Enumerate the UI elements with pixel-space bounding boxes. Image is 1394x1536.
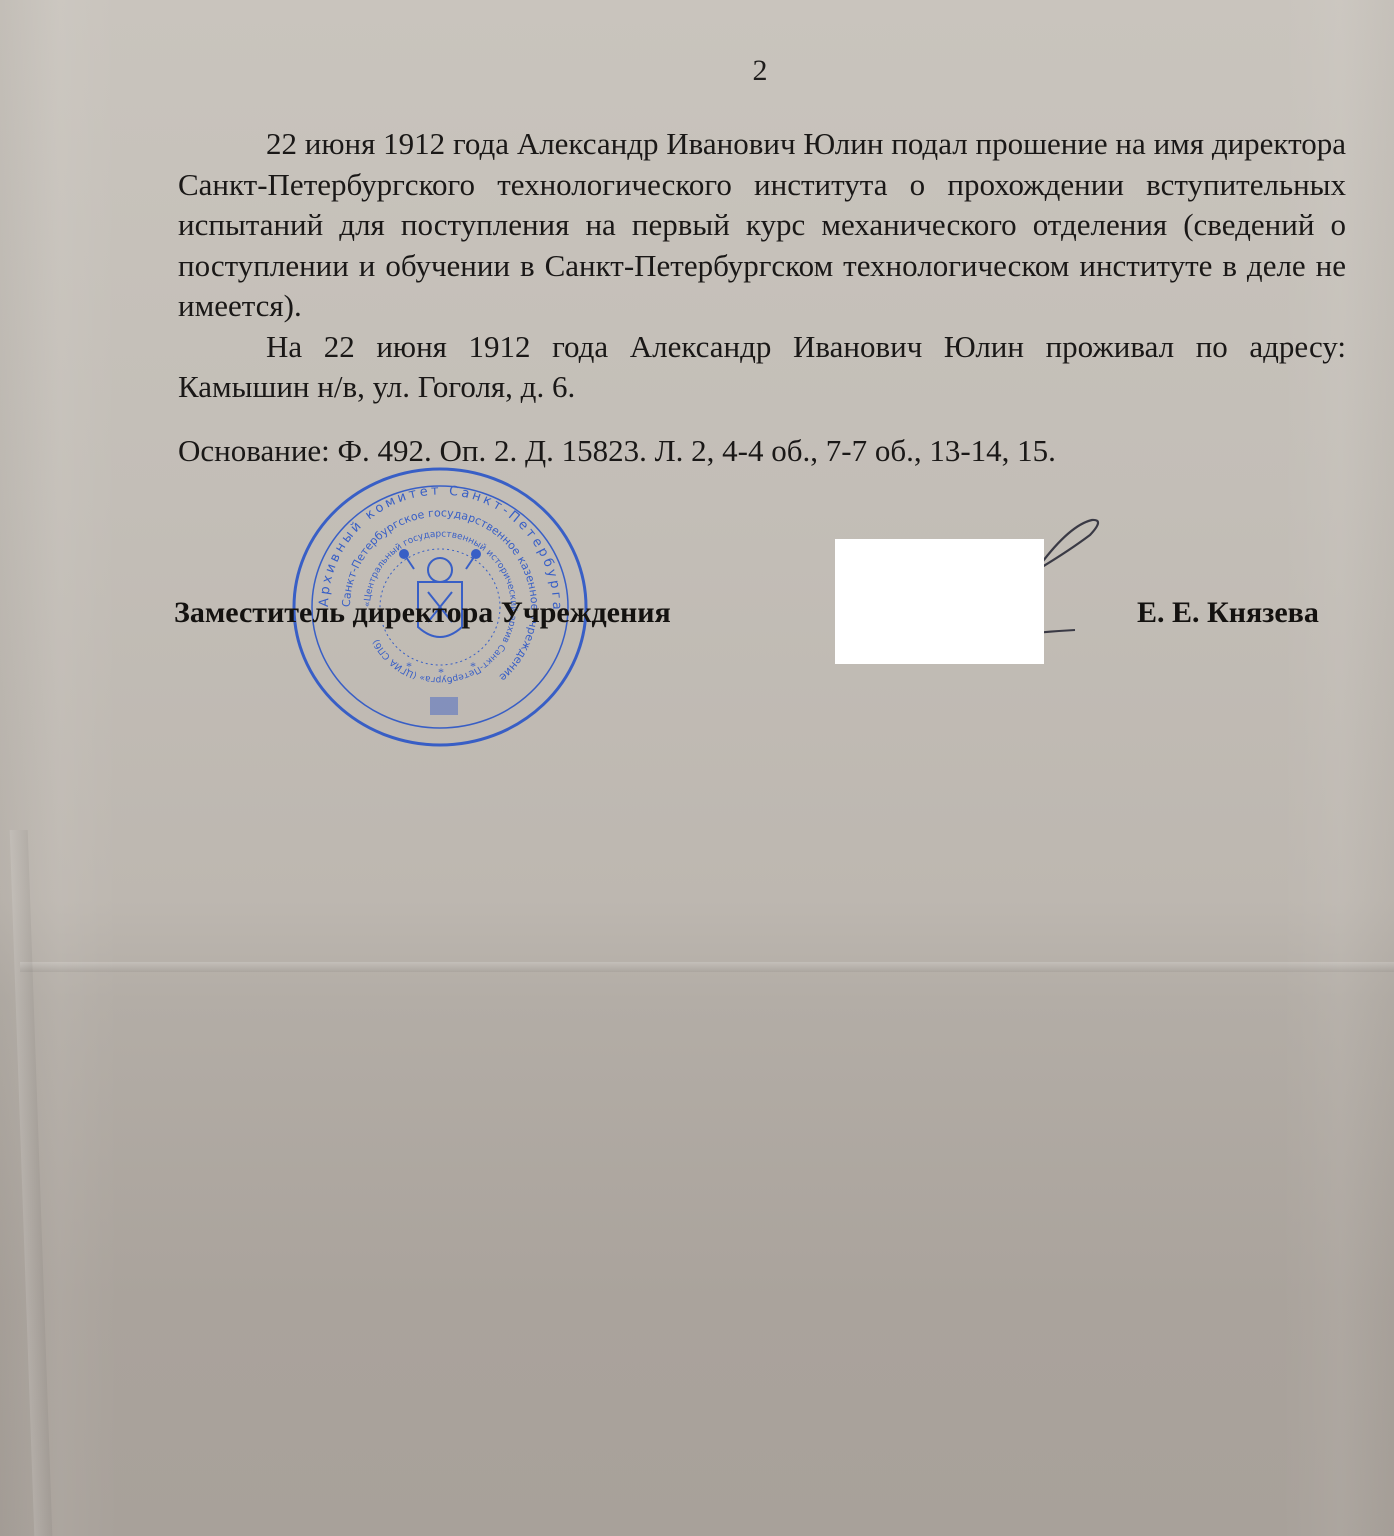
svg-text:*: *	[406, 659, 412, 673]
svg-text:*: *	[470, 659, 476, 673]
document-page: 2 22 июня 1912 года Александр Иванович Ю…	[0, 0, 1394, 1536]
paper-fold-vertical	[10, 830, 53, 1536]
paragraph-petition: 22 июня 1912 года Александр Иванович Юли…	[178, 124, 1346, 327]
page-number: 2	[0, 54, 1394, 88]
paragraph-address: На 22 июня 1912 года Александр Иванович …	[178, 327, 1346, 408]
paper-fold-horizontal	[20, 962, 1394, 972]
svg-text:*: *	[438, 665, 444, 679]
signatory-name: Е. Е. Князева	[1137, 596, 1319, 630]
redacted-signature-block	[835, 539, 1044, 664]
document-body: 22 июня 1912 года Александр Иванович Юли…	[178, 124, 1346, 408]
signatory-title: Заместитель директора Учреждения	[174, 596, 671, 630]
